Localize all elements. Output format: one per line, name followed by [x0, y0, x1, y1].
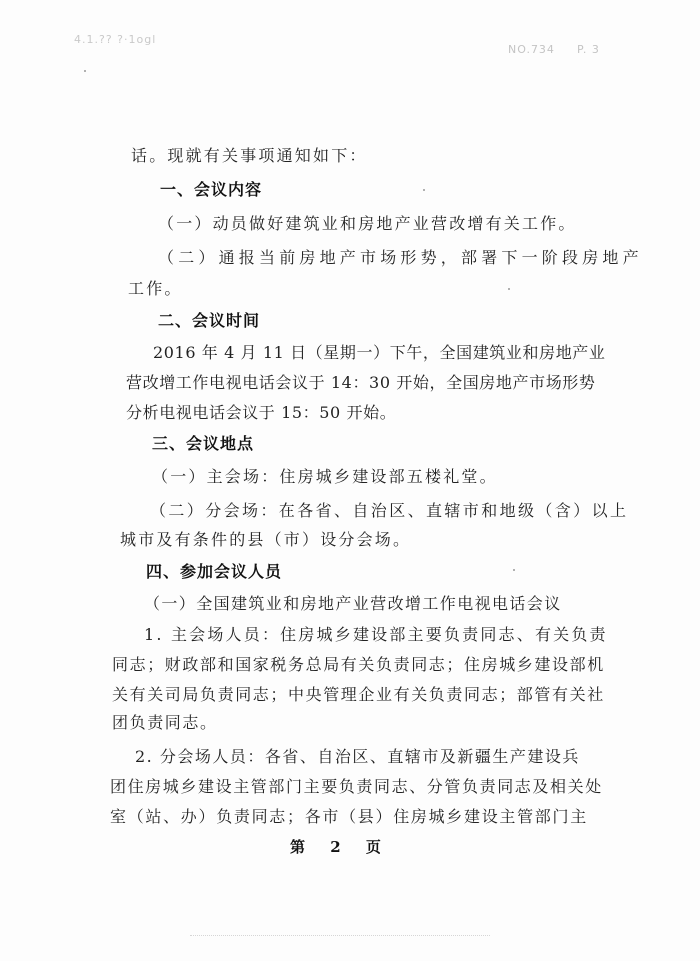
section-heading-content: 一、会议内容: [160, 180, 262, 200]
subsection-heading: （一）全国建筑业和房地产业营改增工作电视电话会议: [144, 594, 562, 614]
paragraph-line: 同志；财政部和国家税务总局有关负责同志；住房城乡建设部机: [112, 655, 605, 675]
fax-header-stamp-left: 4.1.?? ?·1ᴏgl: [74, 33, 156, 46]
scan-edge-noise: [190, 935, 490, 937]
paragraph-line: 团负责同志。: [112, 713, 218, 733]
fax-page-ref: P. 3: [577, 43, 600, 56]
paragraph-line: 营改增工作电视电话会议于 14：30 开始，全国房地产市场形势: [126, 373, 596, 393]
intro-text: 话。现就有关事项通知如下：: [131, 146, 368, 166]
section-heading-attendees: 四、参加会议人员: [146, 562, 282, 582]
paragraph-line: 工作。: [128, 279, 183, 299]
paragraph-line: 室（站、办）负责同志；各市（县）住房城乡建设主管部门主: [110, 807, 588, 827]
paragraph-line: 分析电视电话会议于 15：50 开始。: [126, 403, 396, 423]
paragraph-line: （一）动员做好建筑业和房地产业营改增有关工作。: [158, 214, 577, 234]
scan-speck: [423, 189, 425, 191]
paragraph-line: 2016 年 4 月 11 日（星期一）下午，全国建筑业和房地产业: [153, 343, 606, 363]
scan-speck: [513, 569, 515, 571]
paragraph-line: 关有关司局负责同志；中央管理企业有关负责同志；部管有关社: [112, 685, 605, 705]
paragraph-line: 1. 主会场人员：住房城乡建设部主要负责同志、有关负责: [144, 625, 608, 645]
document-page: 4.1.?? ?·1ᴏgl NO.734P. 3 话。现就有关事项通知如下： 一…: [0, 0, 700, 961]
page-number: 第 2 页: [290, 836, 391, 857]
section-heading-venue: 三、会议地点: [152, 434, 254, 454]
paragraph-line: （二）分会场：在各省、自治区、直辖市和地级（含）以上: [150, 501, 628, 521]
paragraph-line: 城市及有条件的县（市）设分会场。: [120, 530, 411, 550]
paragraph-line: （一）主会场：住房城乡建设部五楼礼堂。: [152, 467, 498, 487]
fax-number: NO.734: [508, 43, 555, 56]
paragraph-line: 2. 分会场人员：各省、自治区、直辖市及新疆生产建设兵: [135, 747, 580, 767]
fax-header-stamp-right: NO.734P. 3: [508, 43, 600, 56]
paragraph-line: 团住房城乡建设主管部门主要负责同志、分管负责同志及相关处: [110, 777, 603, 797]
scan-speck: [84, 70, 86, 72]
paragraph-line: （二）通报当前房地产市场形势，部署下一阶段房地产: [158, 248, 643, 268]
section-heading-time: 二、会议时间: [158, 311, 260, 331]
scan-speck: [508, 288, 510, 290]
